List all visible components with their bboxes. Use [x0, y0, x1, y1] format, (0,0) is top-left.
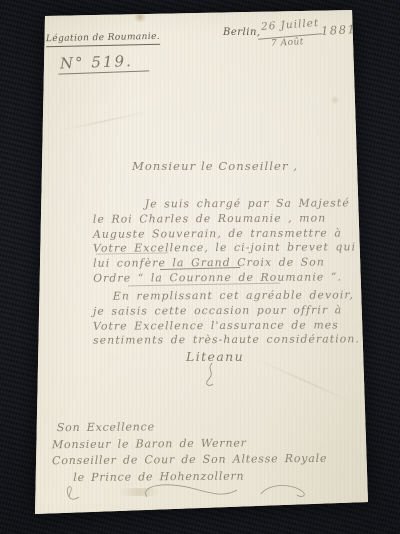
- foxing-stain: [330, 96, 340, 104]
- letter-line: je saisis cette occasion pour offrir à: [93, 303, 361, 319]
- letter-line: Votre Excellence, le ci-joint brevet qui: [93, 241, 361, 257]
- paper-crease: [61, 111, 149, 132]
- body-paragraph-2: En remplissant cet agréable devoir, je s…: [93, 288, 361, 349]
- letter-line: sentiments de très-haute considération.: [93, 333, 361, 349]
- address-line: Conseiller de Cour de Son Altesse Royale: [52, 451, 327, 470]
- dateline-place: Berlin,: [223, 27, 261, 38]
- pen-flourish: [55, 481, 315, 505]
- signature-flourish: [196, 362, 226, 388]
- letter-line: Auguste Souverain, de transmettre à: [93, 226, 361, 242]
- letter-line: Votre Excellence l'assurance de mes: [93, 318, 361, 334]
- dateline-year: 1881: [321, 22, 357, 38]
- salutation: Monsieur le Conseiller ,: [132, 159, 298, 173]
- body-paragraph-1: Je suis chargé par Sa Majesté le Roi Cha…: [93, 196, 361, 286]
- dateline-date-lower: 7 Août: [271, 37, 304, 49]
- dateline-date-upper: 26 Juillet: [261, 17, 320, 33]
- letterhead-number: N° 519.: [58, 51, 149, 74]
- letter-line: En remplissant cet agréable devoir,: [93, 288, 361, 304]
- paper-crease: [254, 358, 355, 405]
- paper-shadow-wrapper: Légation de Roumanie. N° 519. Berlin, 26…: [0, 0, 400, 534]
- foxing-stain: [133, 12, 147, 22]
- photo-of-letter: { "document": { "letterhead": { "legatio…: [0, 0, 400, 534]
- letter-paper: Légation de Roumanie. N° 519. Berlin, 26…: [0, 0, 400, 534]
- recipient-address-block: Son Excellence Monsieur le Baron de Wern…: [52, 418, 328, 486]
- letter-line: Je suis chargé par Sa Majesté: [93, 196, 361, 212]
- letter-line: lui confère la Grand Croix de Son: [93, 255, 361, 271]
- letterhead-legation: Légation de Roumanie.: [46, 32, 160, 47]
- letter-line: le Roi Charles de Roumanie , mon: [93, 211, 361, 227]
